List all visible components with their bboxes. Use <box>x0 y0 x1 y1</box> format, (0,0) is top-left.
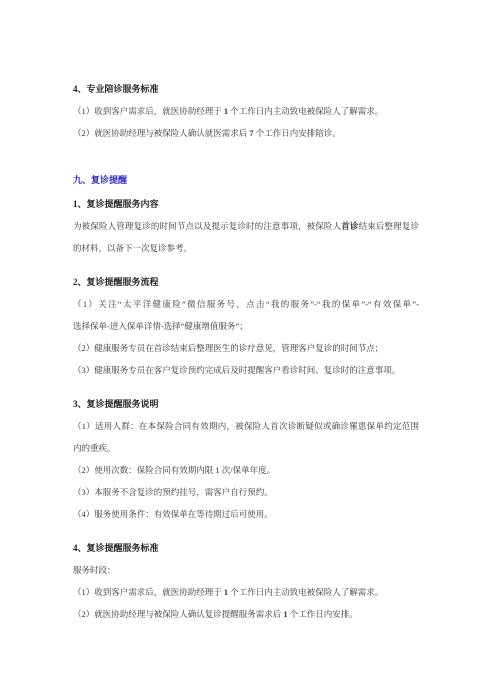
emphasized-text-segment: 首诊 <box>341 221 358 231</box>
text-segment: 4、专业陪诊服务标准 <box>73 84 159 94</box>
text-segment: 九、复诊提醒 <box>73 175 127 185</box>
text-segment: 3、复诊提醒服务说明 <box>73 399 159 409</box>
text-line: （3）本服务不含复诊的预约挂号，需客户自行预约。 <box>73 481 419 503</box>
section-heading: 1、复诊提醒服务内容 <box>73 193 419 215</box>
section-heading: 4、专业陪诊服务标准 <box>73 78 419 100</box>
text-line: （1）收到客户需求后，就医协助经理于 1 个工作日内主动致电被保险人了解需求。 <box>73 100 419 122</box>
text-line: （1）适用人群：在本保险合同有效期内，被保险人首次诊断疑似或确诊罹患保单约定范围 <box>73 415 419 437</box>
text-line: 选择保单-进入保单详情-选择“健康增值服务”； <box>73 315 419 337</box>
text-segment: （2）健康服务专员在首诊结束后整理医生的诊疗意见，管理客户复诊的时间节点； <box>73 343 383 353</box>
text-line: 内的重疾。 <box>73 437 419 459</box>
text-segment: 个工作日内主动致电被保险人了解需求。 <box>228 587 383 597</box>
text-line: 的材料，以备下一次复诊参考。 <box>73 237 419 259</box>
text-segment: （1）适用人群：在本保险合同有效期内，被保险人首次诊断疑似或确诊罹患保单约定范围 <box>73 421 419 431</box>
text-segment: 1、复诊提醒服务内容 <box>73 199 159 209</box>
section-heading: 3、复诊提醒服务说明 <box>73 393 419 415</box>
text-segment: 为被保险人管理复诊的时间节点以及提示复诊时的注意事项，被保险人 <box>73 221 341 231</box>
chapter-heading: 九、复诊提醒 <box>73 169 419 191</box>
text-segment: （2）就医协助经理与被保险人确认就医需求后 <box>73 128 249 138</box>
text-segment: 4、复诊提醒服务标准 <box>73 543 159 553</box>
text-segment: 个工作日内安排陪诊。 <box>254 128 341 138</box>
text-segment: 结束后整理复诊 <box>359 221 419 231</box>
text-line: （1）收到客户需求后，就医协助经理于 1 个工作日内主动致电被保险人了解需求。 <box>73 581 419 603</box>
text-line: 服务时段： <box>73 559 419 581</box>
text-line: （2）使用次数：保险合同有效期内限 1 次/保单年度。 <box>73 459 419 481</box>
text-segment: 选择保单-进入保单详情-选择“健康增值服务”； <box>73 321 248 331</box>
text-line: （4）服务使用条件：有效保单在等待期过后可使用。 <box>73 503 419 525</box>
section-heading: 2、复诊提醒服务流程 <box>73 271 419 293</box>
text-segment: 个工作日内安排。 <box>288 609 358 619</box>
text-segment: （1）关注“太平洋健康险”微信服务号，点击“我的服务”-“我的保单”-“有效保单… <box>73 299 419 309</box>
text-line: （2）健康服务专员在首诊结束后整理医生的诊疗意见，管理客户复诊的时间节点； <box>73 337 419 359</box>
text-segment: 个工作日内主动致电被保险人了解需求。 <box>228 106 383 116</box>
text-segment: 2、复诊提醒服务流程 <box>73 277 159 287</box>
text-segment: （4）服务使用条件：有效保单在等待期过后可使用。 <box>73 509 273 519</box>
text-line: （2）就医协助经理与被保险人确认就医需求后 7 个工作日内安排陪诊。 <box>73 122 419 144</box>
text-segment: 服务时段： <box>73 565 116 575</box>
document-page: 4、专业陪诊服务标准（1）收到客户需求后，就医协助经理于 1 个工作日内主动致电… <box>0 0 495 700</box>
text-line: （3）健康服务专员在客户复诊预约完成后及时提醒客户看诊时间、复诊时的注意事项。 <box>73 359 419 381</box>
text-line: （1）关注“太平洋健康险”微信服务号，点击“我的服务”-“我的保单”-“有效保单… <box>73 293 419 315</box>
text-segment: 内的重疾。 <box>73 443 116 453</box>
text-segment: （3）健康服务专员在客户复诊预约完成后及时提醒客户看诊时间、复诊时的注意事项。 <box>73 365 400 375</box>
text-segment: （3）本服务不含复诊的预约挂号，需客户自行预约。 <box>73 487 273 497</box>
text-segment: 的材料，以备下一次复诊参考。 <box>73 243 192 253</box>
text-segment: （2）就医协助经理与被保险人确认复诊提醒服务需求后 <box>73 609 283 619</box>
section-heading: 4、复诊提醒服务标准 <box>73 537 419 559</box>
text-segment: （1）收到客户需求后，就医协助经理于 <box>73 106 224 116</box>
text-segment: （1）收到客户需求后，就医协助经理于 <box>73 587 224 597</box>
text-line: 为被保险人管理复诊的时间节点以及提示复诊时的注意事项，被保险人首诊结束后整理复诊 <box>73 215 419 237</box>
text-line: （2）就医协助经理与被保险人确认复诊提醒服务需求后 1 个工作日内安排。 <box>73 603 419 625</box>
document-body: 4、专业陪诊服务标准（1）收到客户需求后，就医协助经理于 1 个工作日内主动致电… <box>73 78 419 625</box>
text-segment: （2）使用次数：保险合同有效期内限 1 次/保单年度。 <box>73 465 275 475</box>
